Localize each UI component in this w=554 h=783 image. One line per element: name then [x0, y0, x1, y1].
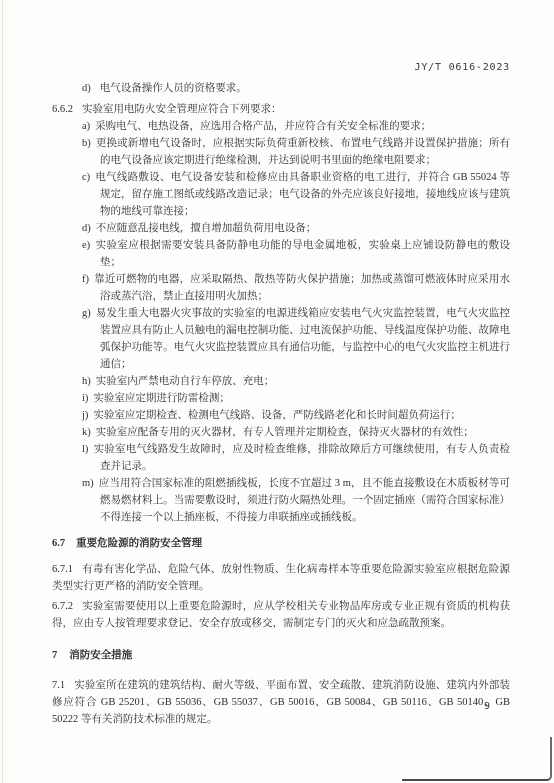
list-item-text: 实验室内严禁电动自行车停放、充电；: [96, 376, 275, 387]
scan-corner-shadow: [402, 737, 552, 781]
list-item-label: k): [82, 427, 91, 438]
list-item: k)实验室应配备专用的灭火器材，有专人管理并定期检查，保持灭火器材的有效性；: [82, 424, 510, 441]
list-item-label: j): [82, 410, 88, 421]
clause-text: 实验室需要使用以上重要危险源时，应从学校相关专业物品库房或专业正规有资质的机构获…: [52, 601, 510, 629]
list-item: f)靠近可燃物的电器，应采取隔热、散热等防火保护措施；加热或蒸馏可燃液体时应采用…: [82, 271, 510, 305]
chapter-number: 7: [52, 650, 57, 661]
list-item-text: 实验室应定期进行防雷检测；: [93, 393, 230, 404]
list-item: g)易发生重大电器火灾事故的实验室的电源进线箱应安装电气火灾监控装置，电气火灾监…: [82, 305, 510, 373]
standard-code-header: JY/T 0616-2023: [415, 62, 511, 73]
list-item-label: i): [82, 393, 88, 404]
list-item-label: h): [82, 376, 91, 387]
list-item-text: 靠近可燃物的电器，应采取隔热、散热等防火保护措施；加热或蒸馏可燃液体时应采用水浴…: [94, 274, 510, 302]
clause-text: 实验室所在建筑的建筑结构、耐火等级、平面布置、安全疏散、建筑消防设施、建筑内外部…: [52, 680, 510, 725]
clause-number: 6.7.1: [52, 564, 73, 575]
list-item-label: d): [82, 223, 91, 234]
chapter-title: 消防安全措施: [69, 650, 132, 661]
list-item: a)采购电气、电热设备，应选用合格产品，并应符合有关安全标准的要求；: [82, 118, 510, 135]
list-item-label: g): [82, 308, 91, 319]
section-number: 6.7: [52, 538, 65, 549]
list-item-text: 实验室电气线路发生故障时，应及时检查维修，排除故障后方可继续使用，有专人负责检查…: [93, 444, 510, 472]
chapter-heading-7: 7消防安全措施: [52, 647, 510, 664]
clause-6-7-2: 6.7.2实验室需要使用以上重要危险源时，应从学校相关专业物品库房或专业正规有资…: [52, 598, 510, 632]
list-item-text: 实验室应配备专用的灭火器材，有专人管理并定期检查，保持灭火器材的有效性；: [96, 427, 474, 438]
list-item: b)更换或新增电气设备时，应根据实际负荷重新校核、布置电气线路并设置保护措施；所…: [82, 135, 510, 169]
list-item-text: 易发生重大电器火灾事故的实验室的电源进线箱应安装电气火灾监控装置，电气火灾监控装…: [96, 308, 510, 370]
scan-edge-shadow: [2, 0, 3, 783]
list-item-label: l): [82, 444, 88, 455]
document-body: d)电气设备操作人员的资格要求。 6.6.2实验室用电防火安全管理应符合下列要求…: [52, 80, 510, 728]
clause-number: 7.1: [52, 680, 65, 691]
clause-7-1: 7.1实验室所在建筑的建筑结构、耐火等级、平面布置、安全疏散、建筑消防设施、建筑…: [52, 677, 510, 728]
list-item: d)不应随意乱接电线，擅自增加超负荷用电设备；: [82, 220, 510, 237]
list-item: h)实验室内严禁电动自行车停放、充电；: [82, 373, 510, 390]
clause-text: 有毒有害化学品、危险气体、放射性物质、生化病毒样本等重要危险源实验室应根据危险源…: [52, 564, 510, 592]
list-item-label: e): [82, 240, 90, 251]
list-item: d)电气设备操作人员的资格要求。: [82, 80, 510, 97]
list-item-text: 实验室应定期检查、检测电气线路、设备，严防线路老化和长时间超负荷运行；: [93, 410, 461, 421]
list-item-text: 电气线路敷设、电气设备安装和检修应由具备职业资格的电工进行，并符合 GB 550…: [95, 172, 510, 217]
list-item-text: 不应随意乱接电线，擅自增加超负荷用电设备；: [96, 223, 317, 234]
document-page: JY/T 0616-2023 d)电气设备操作人员的资格要求。 6.6.2实验室…: [0, 0, 554, 783]
list-item-label: m): [82, 478, 94, 489]
section-heading-6-7: 6.7重要危险源的消防安全管理: [52, 535, 510, 552]
list-item-text: 应当用符合国家标准的阻燃插线板，长度不宜超过 3 m，且不能直接敷设在木质板材等…: [99, 478, 510, 523]
list-item-label: b): [82, 138, 91, 149]
list-item: e)实验室应根据需要安装具备防静电功能的导电金属地板，实验桌上应铺设防静电的敷设…: [82, 237, 510, 271]
clause-number: 6.6.2: [52, 104, 73, 115]
list-item: l)实验室电气线路发生故障时，应及时检查维修，排除故障后方可继续使用，有专人负责…: [82, 441, 510, 475]
list-item-label: a): [82, 121, 90, 132]
list-item-label: c): [82, 172, 90, 183]
list-item-text: 采购电气、电热设备，应选用合格产品，并应符合有关安全标准的要求；: [95, 121, 431, 132]
clause-number: 6.7.2: [52, 601, 73, 612]
list-item: c)电气线路敷设、电气设备安装和检修应由具备职业资格的电工进行，并符合 GB 5…: [82, 169, 510, 220]
clause-6-6-2: 6.6.2实验室用电防火安全管理应符合下列要求：: [52, 101, 510, 118]
page-number: 9: [484, 701, 490, 712]
list-item-label: d): [82, 83, 91, 94]
list-item-text: 更换或新增电气设备时，应根据实际负荷重新校核、布置电气线路并设置保护措施；所有的…: [96, 138, 510, 166]
clause-text: 实验室用电防火安全管理应符合下列要求：: [82, 104, 282, 115]
section-title: 重要危险源的消防安全管理: [76, 538, 202, 549]
list-item-text: 电气设备操作人员的资格要求。: [100, 83, 247, 94]
clause-6-7-1: 6.7.1有毒有害化学品、危险气体、放射性物质、生化病毒样本等重要危险源实验室应…: [52, 561, 510, 595]
list-item: i)实验室应定期进行防雷检测；: [82, 390, 510, 407]
list-item-text: 实验室应根据需要安装具备防静电功能的导电金属地板，实验桌上应铺设防静电的敷设垫；: [95, 240, 510, 268]
list-item: j)实验室应定期检查、检测电气线路、设备，严防线路老化和长时间超负荷运行；: [82, 407, 510, 424]
list-item-label: f): [82, 274, 89, 285]
list-item: m)应当用符合国家标准的阻燃插线板，长度不宜超过 3 m，且不能直接敷设在木质板…: [82, 475, 510, 526]
